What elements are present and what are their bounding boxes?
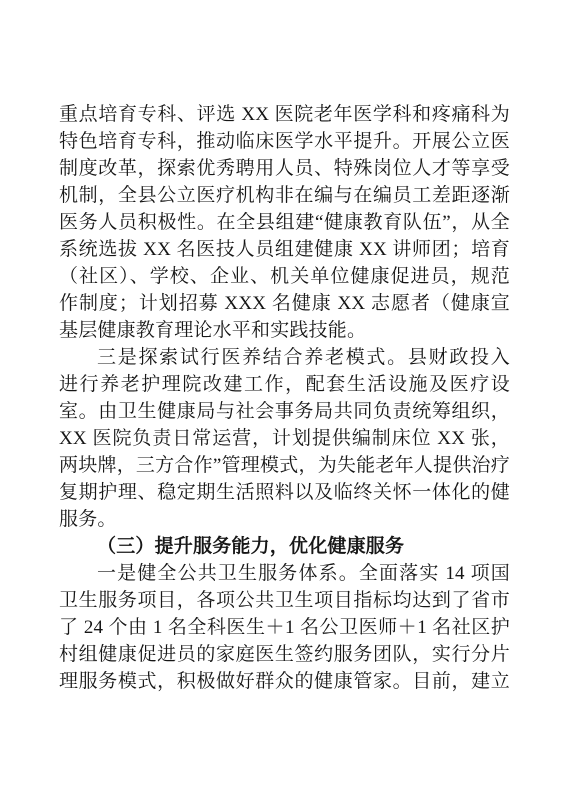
text-line: 两块牌，三方合作”管理模式，为失能老年人提供治疗期住院、康 — [59, 452, 510, 479]
text-line: 特色培育专科，推动临床医学水平提升。开展公立医疗机构薪酬 — [59, 128, 510, 155]
text-line: 制度改革，探索优秀聘用人员、特殊岗位人才等享受在编待遇的 — [59, 155, 510, 182]
text-line: 了 24 个由 1 名全科医生＋1 名公卫医师＋1 名社区护士＋1 名 — [59, 614, 510, 641]
text-line: （社区）、学校、企业、机关单位健康促进员，规范工作职责及工 — [59, 263, 510, 290]
text-line: XX 医院负责日常运营，计划提供编制床位 XX 张，采取“一班人， — [59, 425, 510, 452]
text-line: 复期护理、稳定期生活照料以及临终关怀一体化的健康和养老 — [59, 479, 510, 506]
text-line: 进行养老护理院改建工作，配套生活设施及医疗设备、功能服务 — [59, 371, 510, 398]
paragraph-end-line: 基层健康教育理论水平和实践技能。 — [59, 317, 510, 344]
text-line: 卫生服务项目，各项公共卫生项目指标均达到了省市要求。组建 — [59, 587, 510, 614]
text-line: 理服务模式，积极做好群众的健康管家。目前，建立居民健康档 — [59, 668, 510, 695]
document-page: 重点培育专科、评选 XX 医院老年医学科和疼痛科为 XX 县临床 特色培育专科，… — [0, 0, 570, 807]
document-text-block: 重点培育专科、评选 XX 医院老年医学科和疼痛科为 XX 县临床 特色培育专科，… — [59, 101, 510, 695]
section-heading: （三）提升服务能力，优化健康服务 — [59, 533, 510, 560]
text-line: 医务人员积极性。在全县组建“健康教育队伍”，从全县卫生健康 — [59, 209, 510, 236]
text-line: 作制度；计划招募 XXX 名健康 XX 志愿者（健康宣传员），提升 — [59, 290, 510, 317]
paragraph-first-line: 三是探索试行医养结合养老模式。县财政投入 XXX 多万元 — [59, 344, 510, 371]
text-line: 重点培育专科、评选 XX 医院老年医学科和疼痛科为 XX 县临床 — [59, 101, 510, 128]
text-line: 系统选拔 XX 名医技人员组建健康 XX 讲师团；培育 XXX 名村 — [59, 236, 510, 263]
text-line: 室。由卫生健康局与社会事务局共同负责统筹组织，XX 敬老院、 — [59, 398, 510, 425]
paragraph-first-line: 一是健全公共卫生服务体系。全面落实 14 项国家基本公共 — [59, 560, 510, 587]
text-line: 村组健康促进员的家庭医生签约服务团队，实行分片网络化管 — [59, 641, 510, 668]
paragraph-end-line: 服务。 — [59, 506, 510, 533]
text-line: 机制，全县公立医疗机构非在编与在编员工差距逐渐缩小，提高 — [59, 182, 510, 209]
